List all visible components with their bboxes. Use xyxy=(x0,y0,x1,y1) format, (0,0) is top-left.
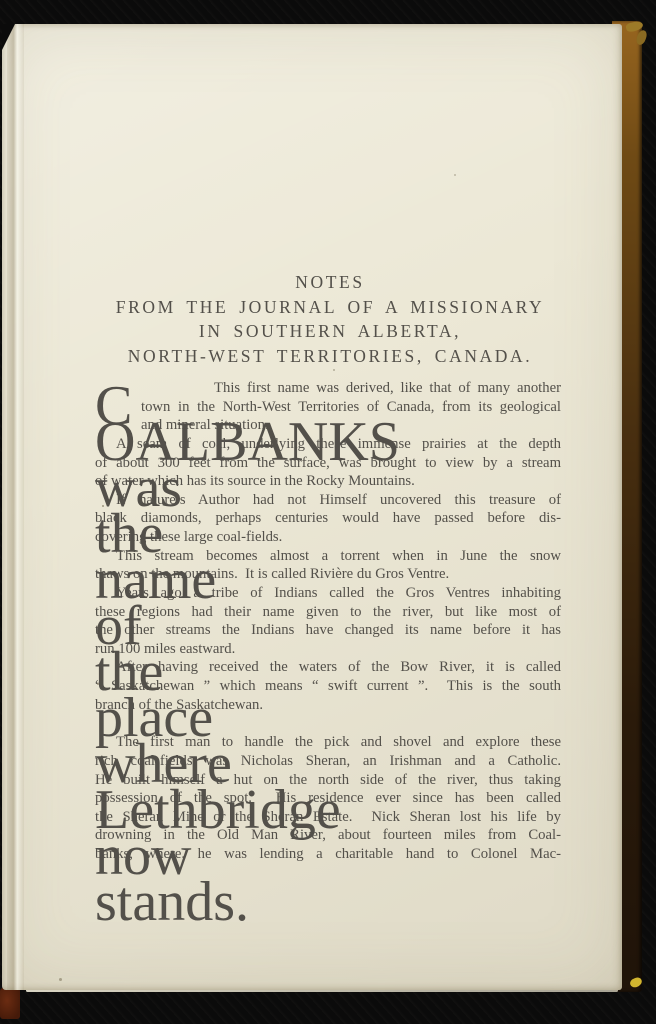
paper-speck xyxy=(333,369,335,371)
text-line: branch of the Saskatchewan. xyxy=(95,696,561,715)
title-line: NORTH-WEST TERRITORIES, CANADA. xyxy=(93,344,567,369)
text-line: Years ago a tribe of Indians called the … xyxy=(95,584,561,603)
paragraph: COALBANKS was the name of the place wher… xyxy=(95,381,135,417)
page-fold-crease xyxy=(7,24,24,990)
page-body-text: COALBANKS was the name of the place wher… xyxy=(95,379,561,864)
text-line: “ Saskatchewan ” which means “ swift cur… xyxy=(95,677,561,696)
text-line: of water which has its source in the Roc… xyxy=(95,472,561,491)
paper-speck xyxy=(59,978,62,981)
paper-speck xyxy=(97,683,99,685)
title-line: IN SOUTHERN ALBERTA, xyxy=(93,319,567,344)
paragraph: A seam of coal, underlying these immense… xyxy=(95,435,561,491)
text-line: the Sheran Mine or the Sheran Estate. Ni… xyxy=(95,808,561,827)
text-line: drowning in the Old Man River, about fou… xyxy=(95,826,561,845)
paper-speck xyxy=(454,174,456,176)
title-line: NOTES xyxy=(93,270,567,295)
text-line: The first man to handle the pick and sho… xyxy=(95,733,561,752)
text-line: A seam of coal, underlying these immense… xyxy=(95,435,561,454)
text-line: run 100 miles eastward. xyxy=(95,640,561,659)
text-line: town in the North-West Territories of Ca… xyxy=(95,398,561,417)
book-page: NOTES FROM THE JOURNAL OF A MISSIONARY I… xyxy=(2,24,622,990)
text-line: After having received the waters of the … xyxy=(95,658,561,677)
text-line: of about 300 feet from the surface, was … xyxy=(95,454,561,473)
text-line: This first name was derived, like that o… xyxy=(95,379,561,398)
text-line: the other streams the Indians have chang… xyxy=(95,621,561,640)
paragraph: After having received the waters of the … xyxy=(95,658,561,714)
paper-speck xyxy=(102,505,104,507)
paragraph: Years ago a tribe of Indians called the … xyxy=(95,584,561,659)
text-line: these regions had their name given to th… xyxy=(95,603,561,622)
text-line: rich coal-fields was Nicholas Sheran, an… xyxy=(95,752,561,771)
text-line: banks, where. he was lending a charitabl… xyxy=(95,845,561,864)
paragraph: If nature’s Author had not Himself uncov… xyxy=(95,491,561,547)
book-photograph: NOTES FROM THE JOURNAL OF A MISSIONARY I… xyxy=(0,0,656,1024)
text-line: This stream becomes almost a torrent whe… xyxy=(95,547,561,566)
text-line: thaws on the mountains. It is called Riv… xyxy=(95,565,561,584)
text-line: black diamonds, perhaps centuries would … xyxy=(95,509,561,528)
chapter-title: NOTES FROM THE JOURNAL OF A MISSIONARY I… xyxy=(93,270,567,369)
paragraph: This stream becomes almost a torrent whe… xyxy=(95,547,561,584)
text-line: If nature’s Author had not Himself uncov… xyxy=(95,491,561,510)
title-line: FROM THE JOURNAL OF A MISSIONARY xyxy=(93,295,567,320)
paragraph: The first man to handle the pick and sho… xyxy=(95,733,561,863)
text-line: possession of the spot. His residence ev… xyxy=(95,789,561,808)
spine-corner xyxy=(0,988,20,1019)
text-line: covering these large coal-fields. xyxy=(95,528,561,547)
text-line: He built himself a hut on the north side… xyxy=(95,771,561,790)
